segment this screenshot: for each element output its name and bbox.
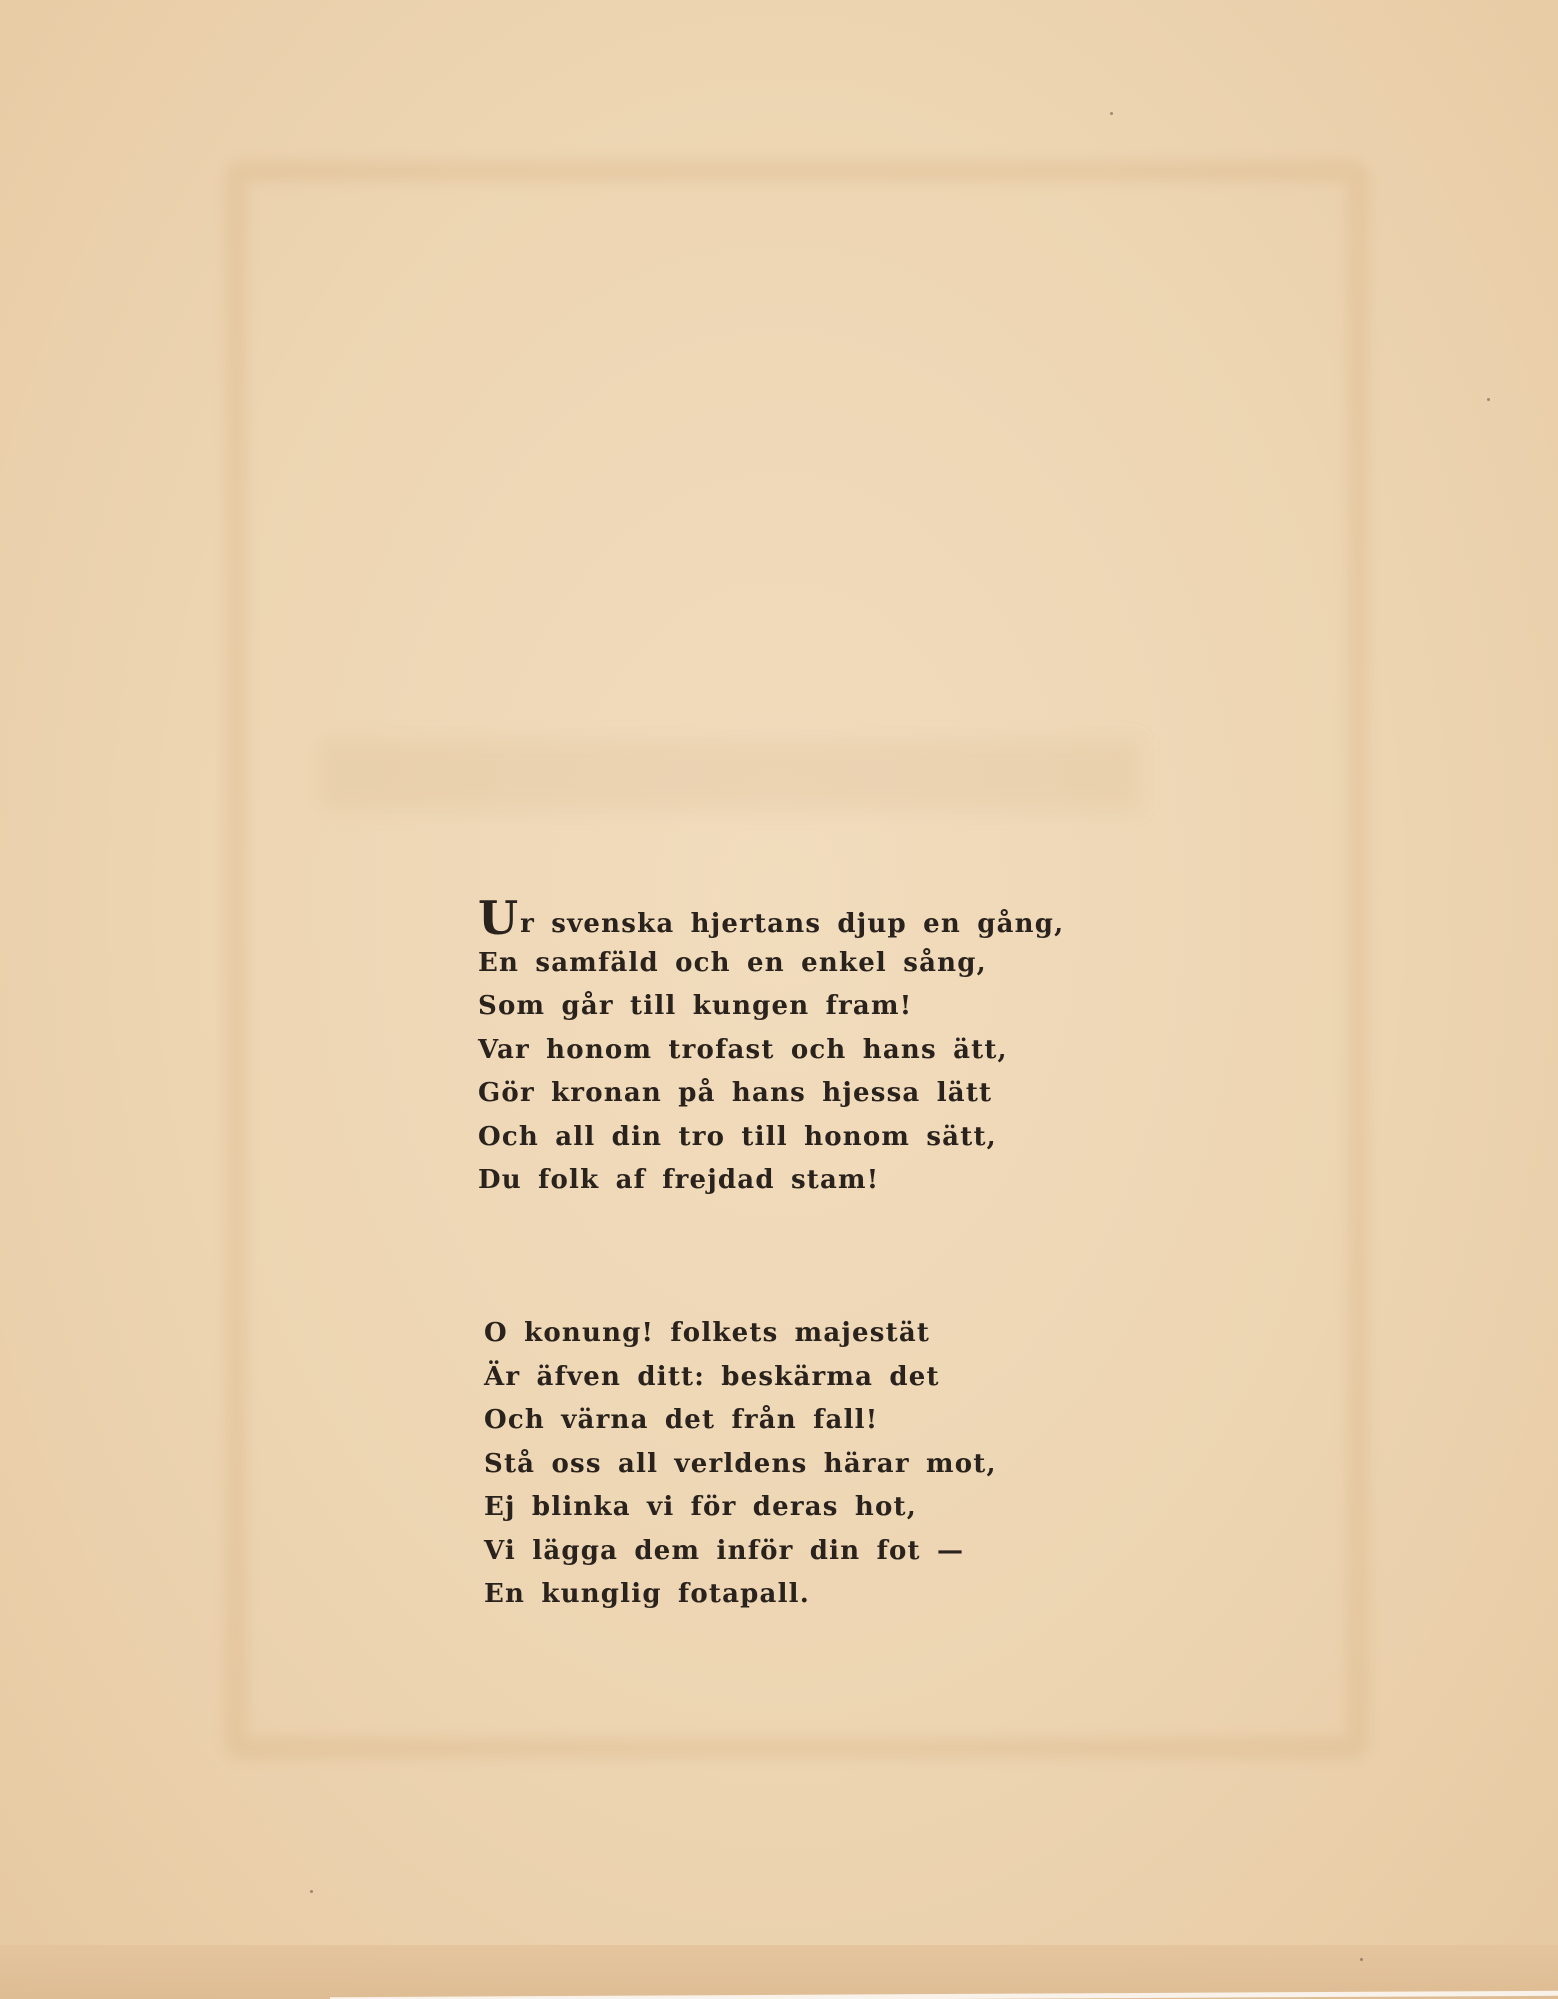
stanza-2: O konung! folkets majestät Är äfven ditt… [484,1312,997,1617]
poem-line: En samfäld och en enkel sång, [478,942,1064,986]
poem-line: Och värna det från fall! [484,1399,997,1443]
scanned-page: Ur svenska hjertans djup en gång, En sam… [0,0,1558,1999]
poem-line: Är äfven ditt: beskärma det [484,1356,997,1400]
poem-line: Och all din tro till honom sätt, [478,1116,1064,1160]
drop-cap: U [478,898,518,938]
paper-speck [310,1890,313,1893]
poem-line: Ej blinka vi för deras hot, [484,1486,997,1530]
poem-line: Var honom trofast och hans ätt, [478,1029,1064,1073]
poem-line: Gör kronan på hans hjessa lätt [478,1072,1064,1116]
poem-line: Vi lägga dem inför din fot — [484,1530,997,1574]
poem-line: O konung! folkets majestät [484,1312,997,1356]
scan-bottom-band [0,1945,1558,1999]
poem-line: En kunglig fotapall. [484,1573,997,1617]
poem-line: Stå oss all verldens härar mot, [484,1443,997,1487]
poem-line: Som går till kungen fram! [478,985,1064,1029]
poem-line: Du folk af frejdad stam! [478,1159,1064,1203]
show-through-title-band [320,740,1140,810]
paper-speck [1110,112,1113,115]
poem-line: Ur svenska hjertans djup en gång, [478,898,1064,942]
poem: Ur svenska hjertans djup en gång, En sam… [478,898,1064,1203]
paper-speck [1487,398,1490,401]
paper-speck [1360,1958,1363,1961]
stanza-1: Ur svenska hjertans djup en gång, En sam… [478,898,1064,1203]
